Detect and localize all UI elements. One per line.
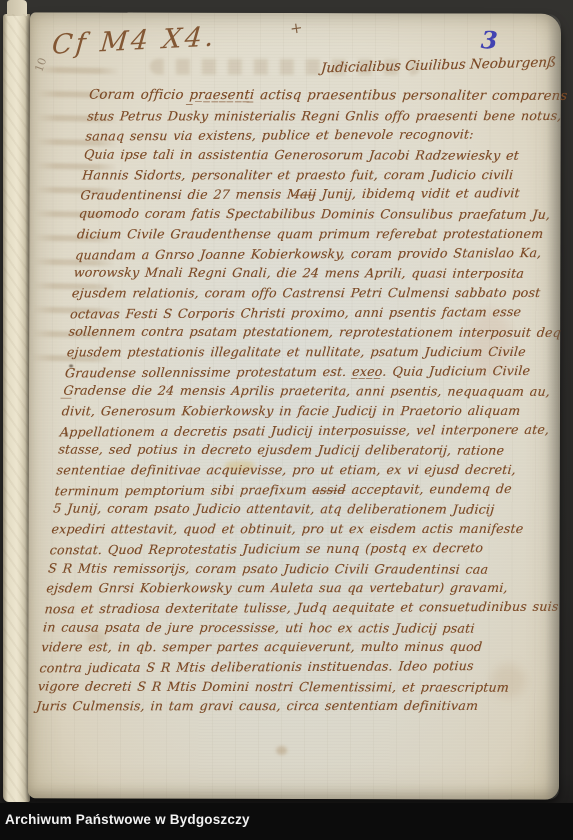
- manuscript-line: Appellationem a decretis psati Judicij i…: [59, 420, 532, 442]
- manuscript-line: terminum pemptorium sibi praefixum a̶s̶s…: [54, 479, 527, 501]
- heading-line: Judicialibus Ciuilibus Neoburgenß: [320, 54, 556, 76]
- manuscript-line: Hannis Sidorts, personaliter et praesto …: [81, 165, 554, 185]
- manuscript-line: Graudense sollennissime protestatum est.…: [64, 361, 537, 383]
- manuscript-line: 5 Junij, coram psato Judicio attentavit,…: [52, 499, 525, 520]
- manuscript-line: worowsky Mnali Regni Gnali, die 24 mens …: [73, 263, 546, 284]
- manuscript-line: sanaq sensu via existens, publice et ben…: [85, 124, 558, 146]
- manuscript-line: sententiae definitivae acquievisse, pro …: [56, 460, 529, 480]
- previous-folio-edge: [3, 14, 30, 802]
- manuscript-line: videre est, in qb. semper partes acquiev…: [40, 637, 513, 657]
- stain-spot: [276, 746, 287, 755]
- manuscript-line: vigore decreti S R Mtis Domini nostri Cl…: [37, 676, 510, 697]
- manuscript-line: Juris Culmensis, in tam gravi causa, cir…: [35, 696, 508, 716]
- shelfmark-inscription: Cf M4 X4.: [51, 21, 218, 60]
- manuscript-line: Coram officio p̲r̲a̲e̲s̲e̲n̲t̲i̲ actisq …: [88, 86, 561, 107]
- manuscript-line: sollennem contra psatam ptestationem, re…: [68, 322, 541, 343]
- scan-background: Cf M4 X4. + 10 3 Judicialibus Ciuilibus …: [0, 0, 573, 840]
- manuscript-line: Gradense die 24 mensis Aprilis praeterit…: [63, 381, 536, 402]
- manuscript-line: S R Mtis remissorijs, coram psato Judici…: [47, 558, 520, 579]
- manuscript-line: ejsdem Gnrsi Kobierkowsky cum Auleta sua…: [45, 578, 518, 598]
- manuscript-line: nosa et stradiosa dexteritate tulisse, J…: [44, 597, 517, 619]
- folio-number: 3: [480, 25, 498, 55]
- manuscript-line: stus Petrus Dusky ministerialis Regni Gn…: [86, 106, 559, 126]
- folio-edge-tab: [7, 0, 27, 16]
- manuscript-line: stasse, sed potius in decreto ejusdem Ju…: [57, 440, 530, 461]
- manuscript-line: contra judicata S R Mtis deliberationis …: [39, 656, 512, 678]
- manuscript-line: constat. Quod Reprotestatis Judicium se …: [49, 538, 522, 560]
- watermark-bar: Archiwum Państwowe w Bydgoszczy: [0, 803, 573, 840]
- margin-dash-mark: —: [60, 390, 72, 404]
- manuscript-body: Coram officio p̲r̲a̲e̲s̲e̲n̲t̲i̲ actisq …: [35, 86, 561, 716]
- manuscript-line: quandam a Gnrso Joanne Kobierkowsky, cor…: [74, 242, 547, 264]
- manuscript-line: Quia ipse tali in assistentia Generosoru…: [83, 145, 556, 166]
- manuscript-line: expediri attestavit, quod et obtinuit, p…: [51, 519, 524, 539]
- manuscript-line: octavas Festi S Corporis Christi proximo…: [69, 302, 542, 324]
- manuscript-page: Cf M4 X4. + 10 3 Judicialibus Ciuilibus …: [28, 12, 561, 799]
- manuscript-line: dicium Civile Graudenthense quam primum …: [76, 224, 549, 244]
- manuscript-line: in causa psata de jure processisse, uti …: [42, 617, 515, 638]
- manuscript-line: divit, Generosum Kobierkowsky in facie J…: [61, 401, 534, 421]
- manuscript-line: Graudentinensi die 27 mensis M̶a̶i̶j̶ Ju…: [80, 183, 553, 205]
- manuscript-line: quomodo coram fatis Spectabilibus Domini…: [78, 204, 551, 225]
- archive-watermark-label: Archiwum Państwowe w Bydgoszczy: [5, 812, 250, 827]
- manuscript-line: ejusdem relationis, coram offo Castrensi…: [71, 283, 544, 303]
- cross-mark: +: [289, 18, 304, 38]
- manuscript-line: ejusdem ptestationis illegalitate et nul…: [66, 342, 539, 362]
